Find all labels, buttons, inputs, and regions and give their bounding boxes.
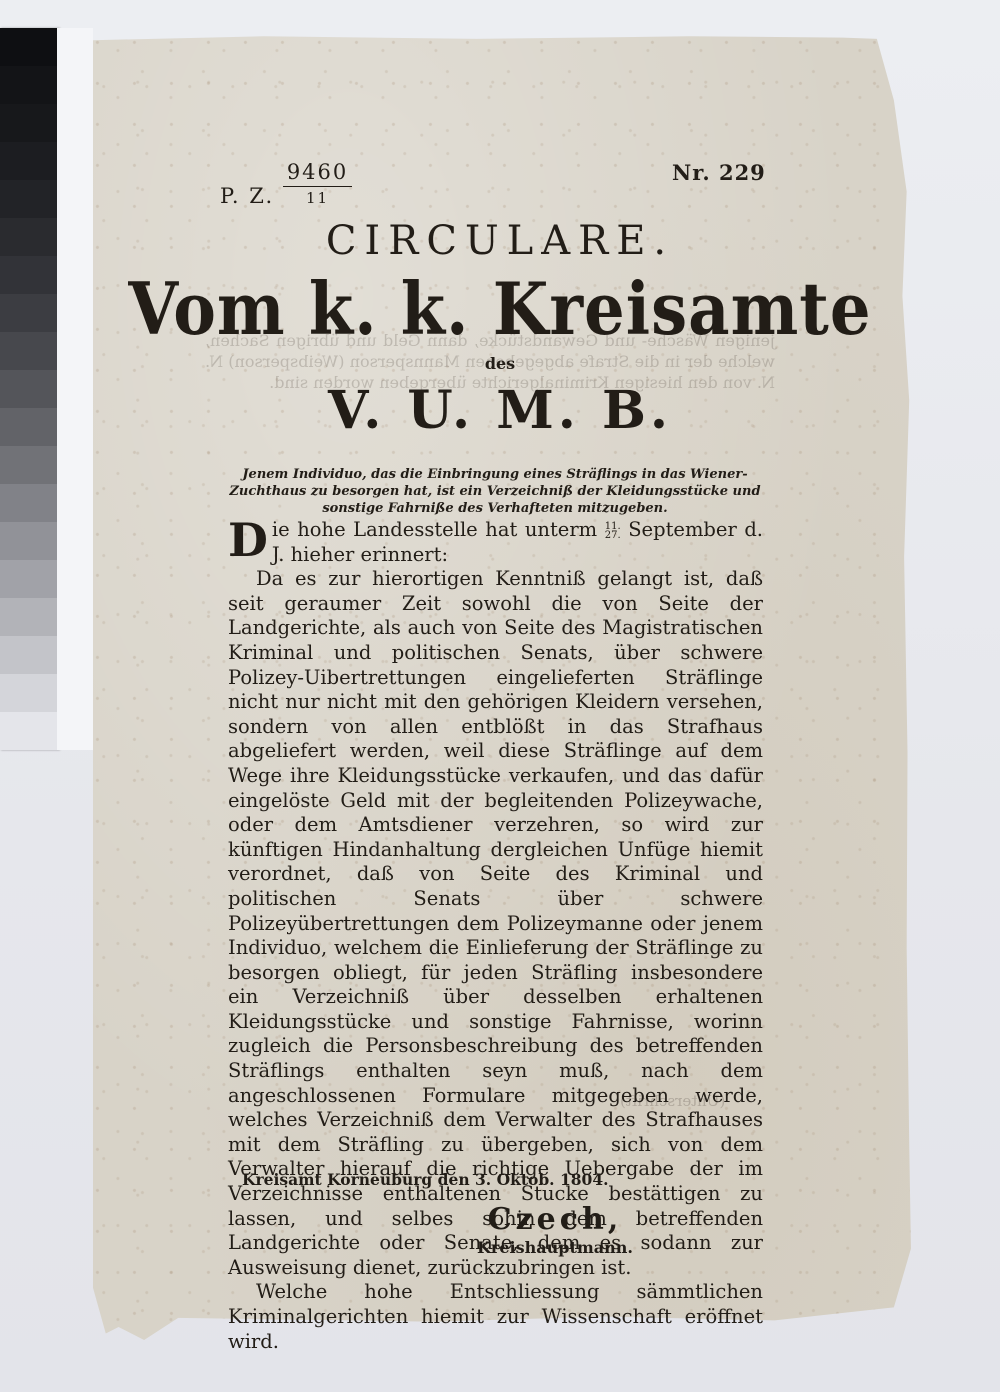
title-region: V. U. M. B. xyxy=(0,380,1000,441)
summary-abstract: Jenem Individuo, das die Einbringung ein… xyxy=(225,466,765,517)
signature-title: Kreishauptmann. xyxy=(0,1238,1000,1257)
gray-step-18 xyxy=(0,712,57,750)
signature: Czech, xyxy=(0,1202,1000,1237)
title-des: des xyxy=(0,354,1000,373)
gray-step-3 xyxy=(0,142,57,180)
gray-step-4 xyxy=(0,180,57,218)
pz-number-fraction: 9460 11 xyxy=(283,160,352,207)
closing-paragraph: Welche hohe Entschliessung sämmtlichen K… xyxy=(228,1280,763,1354)
title-issuer: Vom k. k. Kreisamte xyxy=(0,268,1000,352)
gray-step-13 xyxy=(0,522,57,560)
gray-step-0 xyxy=(0,28,57,66)
pz-sub-number: 11 xyxy=(283,189,352,207)
date-fraction: 11.27. xyxy=(605,522,621,540)
pz-label: P. Z. xyxy=(220,184,274,208)
gray-step-11 xyxy=(0,446,57,484)
pz-number: 9460 xyxy=(283,160,352,187)
gray-step-14 xyxy=(0,560,57,598)
gray-step-1 xyxy=(0,66,57,104)
gray-step-16 xyxy=(0,636,57,674)
pz-reference: P. Z. 9460 11 xyxy=(220,160,352,208)
circular-number: Nr. 229 xyxy=(672,160,766,185)
gray-step-17 xyxy=(0,674,57,712)
gray-step-2 xyxy=(0,104,57,142)
title-circulare: CIRCULARE. xyxy=(0,218,1000,264)
drop-cap: D xyxy=(228,520,268,560)
place-and-date: Kreisamt Korneuburg den 3. Oktob. 1804. xyxy=(242,1170,609,1189)
gray-step-15 xyxy=(0,598,57,636)
intro-paragraph: Die hohe Landesstelle hat unterm 11.27. … xyxy=(228,518,763,567)
gray-step-12 xyxy=(0,484,57,522)
